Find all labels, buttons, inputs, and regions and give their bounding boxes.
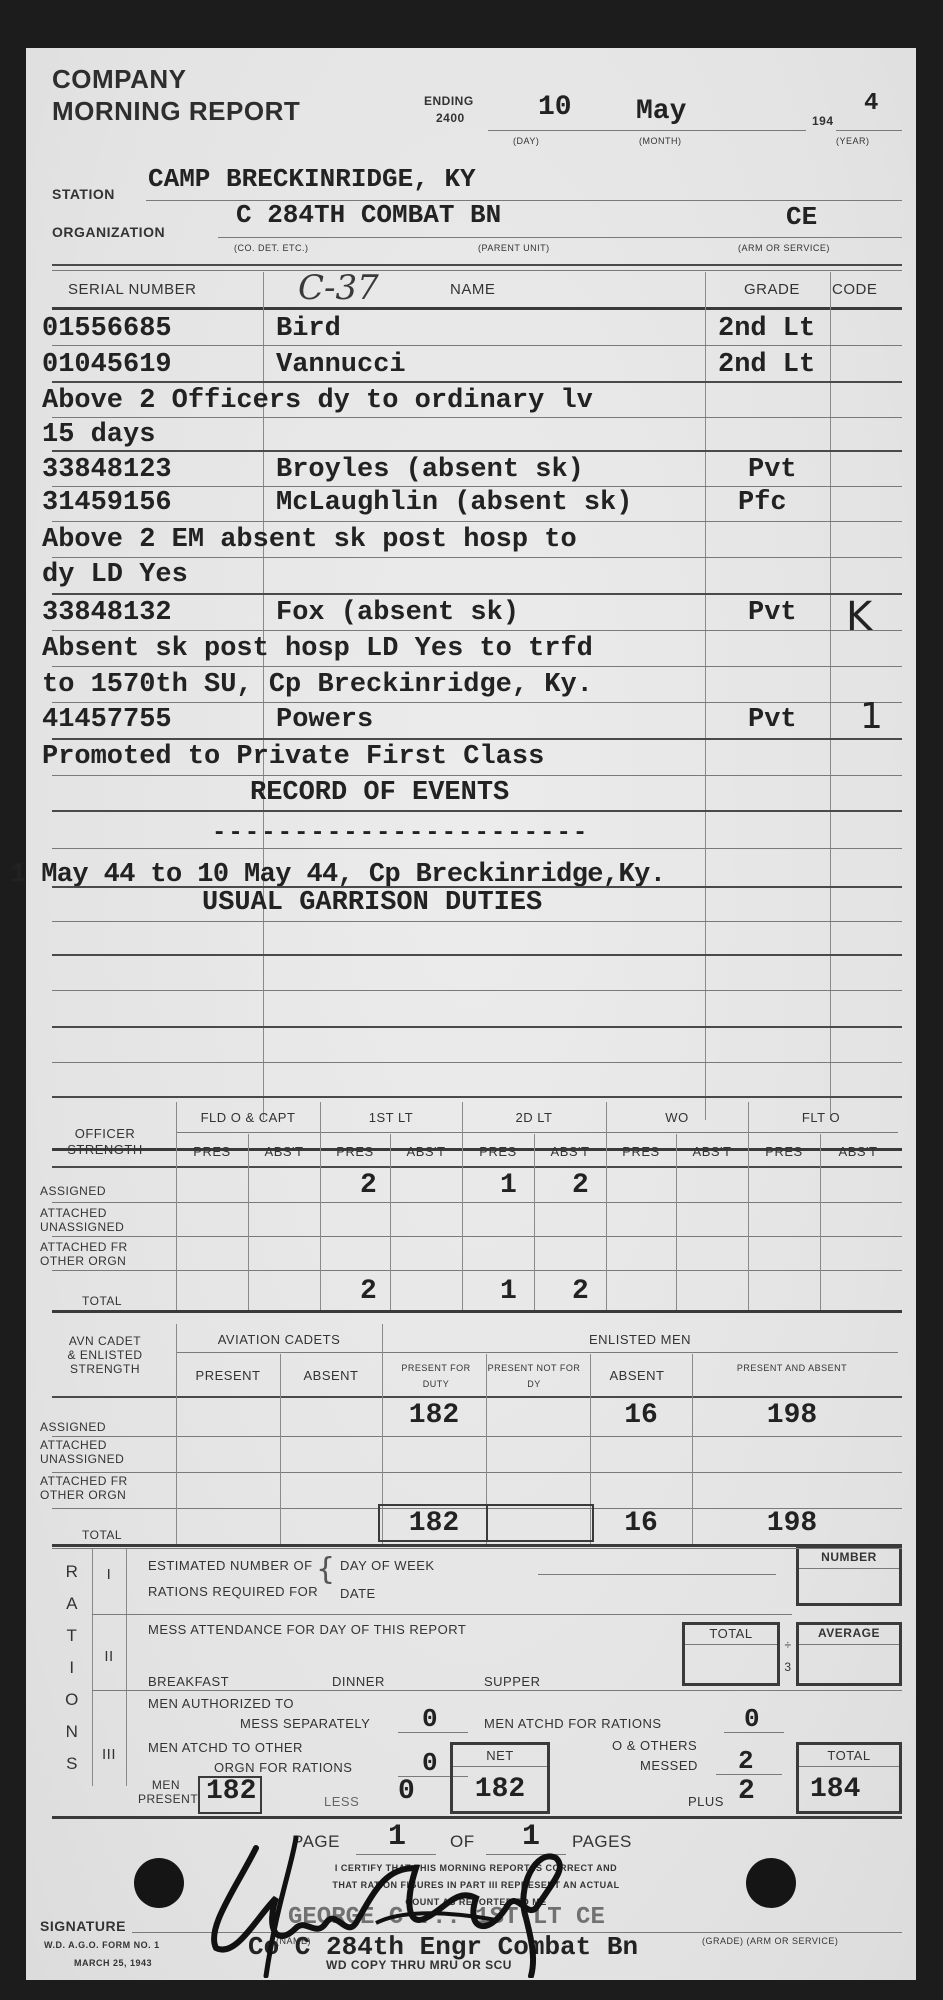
roster-serial: 01045619	[42, 350, 172, 380]
men-present-label: MEN PRESENT	[138, 1778, 194, 1806]
serial-number-header: SERIAL NUMBER	[68, 281, 196, 298]
officer-col-line	[534, 1134, 535, 1310]
roster-grade: Pvt	[748, 455, 797, 485]
rations-required-label: RATIONS REQUIRED FOR	[148, 1584, 318, 1599]
officer-total-2dlt-pres: 1	[500, 1276, 517, 1307]
rations-letter: I	[52, 1652, 92, 1684]
form-number: W.D. A.G.O. FORM NO. 1	[44, 1940, 160, 1950]
officer-col-line	[606, 1102, 607, 1310]
officer-col-line	[820, 1134, 821, 1310]
em-total-absent: 16	[590, 1508, 692, 1539]
year-underline	[836, 130, 902, 131]
officer-strength-title: OFFICER STRENGTH	[40, 1126, 170, 1158]
authorized-label-2: MESS SEPARATELY	[240, 1716, 370, 1731]
year-prefix: 194	[812, 114, 834, 128]
aviation-cadets-header: AVIATION CADETS	[176, 1332, 382, 1347]
roster-top-rule	[52, 264, 902, 266]
code-header: CODE	[832, 281, 877, 298]
grade-header: GRADE	[744, 281, 800, 298]
roster-top-rule-2	[52, 270, 902, 271]
men-present-value: 182	[206, 1776, 256, 1807]
officer-col-line	[320, 1102, 321, 1310]
officer-row-attached-unassigned: ATTACHED UNASSIGNED	[40, 1206, 160, 1234]
rations-bottom-rule	[52, 1816, 902, 1819]
rations-total-value: 184	[810, 1774, 860, 1805]
officer-col-line	[748, 1102, 749, 1310]
record-of-events-title: RECORD OF EVENTS	[250, 778, 509, 808]
roster-rule	[52, 345, 902, 346]
atchd-other-label-2: ORGN FOR RATIONS	[214, 1760, 352, 1775]
roster-rule	[52, 954, 902, 956]
officer-total-2dlt-abst: 2	[572, 1276, 589, 1307]
rations-letter: O	[52, 1684, 92, 1716]
roster-grade: 2nd Lt	[718, 314, 815, 344]
em-absent-header: ABSENT	[586, 1368, 688, 1383]
ending-time-label: 2400	[436, 111, 465, 125]
enlisted-strength-title: AVN CADET & ENLISTED STRENGTH	[40, 1334, 170, 1376]
officer-strength-title-1: OFFICER	[40, 1126, 170, 1142]
rations-letter: T	[52, 1620, 92, 1652]
report-month: May	[636, 96, 686, 127]
officer-total-1stlt-pres: 2	[360, 1276, 377, 1307]
less-label: LESS	[324, 1794, 359, 1809]
section-iii-numeral: III	[92, 1746, 126, 1763]
o-others-underline	[716, 1774, 782, 1775]
officer-row-rule	[52, 1270, 902, 1271]
grade-code-divider	[830, 272, 831, 1120]
roster-rule	[52, 848, 902, 849]
enlisted-men-header: ENLISTED MEN	[382, 1332, 898, 1347]
group-1st-lt: 1ST LT	[320, 1110, 462, 1125]
roster-code-handwritten: K	[846, 594, 872, 640]
roster-name: Broyles (absent sk)	[276, 455, 584, 485]
rations-side-label: R A T I O N S	[52, 1556, 92, 1780]
record-separator: -----------------------	[212, 820, 589, 847]
company-caption: (CO. DET. ETC.)	[234, 243, 309, 253]
subheader-abst: ABS'T	[534, 1144, 606, 1159]
atchd-other-value: 0	[422, 1748, 438, 1778]
roster-rule	[52, 990, 902, 991]
roster-remark: to 1570th SU, Cp Breckinridge, Ky.	[42, 670, 593, 700]
em-total-present-and-absent: 198	[692, 1508, 892, 1539]
men-present-label-2: PRESENT	[138, 1792, 194, 1806]
station-value: CAMP BRECKINRIDGE, KY	[148, 164, 476, 194]
roster-name: Powers	[276, 705, 373, 735]
men-present-label-1: MEN	[138, 1778, 194, 1792]
roster-name: Fox (absent sk)	[276, 598, 519, 628]
roster-code-handwritten: 1	[860, 696, 883, 737]
officer-col-line	[676, 1134, 677, 1310]
o-others-value: 2	[738, 1746, 754, 1776]
number-label: NUMBER	[796, 1550, 902, 1564]
number-box-divider	[799, 1568, 899, 1569]
officer-assigned-1stlt-pres: 2	[360, 1170, 377, 1201]
enlisted-title-3: STRENGTH	[40, 1362, 170, 1376]
net-value: 182	[450, 1774, 550, 1805]
mess-attendance-title: MESS ATTENDANCE FOR DAY OF THIS REPORT	[148, 1622, 466, 1637]
enlisted-group-rule	[176, 1352, 898, 1353]
ending-label: ENDING	[424, 94, 474, 108]
rations-section-rule	[92, 1614, 792, 1615]
o-others-label-2: MESSED	[640, 1758, 698, 1773]
subheader-pres: PRES	[320, 1144, 390, 1159]
day-caption: (DAY)	[513, 136, 539, 146]
average-label: AVERAGE	[796, 1626, 902, 1640]
average-box-divider	[799, 1644, 899, 1645]
net-box-divider	[453, 1766, 547, 1767]
handwritten-code-mark: C-37	[298, 268, 379, 308]
day-of-week-field[interactable]	[538, 1574, 776, 1575]
atchd-for-rations-underline	[724, 1732, 784, 1733]
breakfast-label: BREAKFAST	[148, 1674, 229, 1689]
officer-col-line	[390, 1134, 391, 1310]
grade-arm-caption: (GRADE) (ARM OR SERVICE)	[702, 1936, 838, 1946]
group-fld-o-capt: FLD O & CAPT	[176, 1110, 320, 1125]
subheader-pres: PRES	[176, 1144, 248, 1159]
enlisted-col-line	[176, 1324, 177, 1544]
em-assigned-absent: 16	[590, 1400, 692, 1431]
brace-icon: {	[316, 1552, 335, 1587]
organization-underline	[218, 237, 902, 238]
officer-col-line	[176, 1102, 177, 1310]
authorized-value: 0	[422, 1704, 438, 1734]
mess-total-divider	[685, 1644, 777, 1645]
em-present-not-for-duty-header: PRESENT NOT FOR DY	[486, 1360, 582, 1392]
roster-rule	[52, 775, 902, 776]
organization-label: ORGANIZATION	[52, 224, 165, 240]
authorized-underline	[398, 1732, 468, 1733]
section-ii-numeral: II	[92, 1648, 126, 1665]
rations-section-rule	[92, 1690, 902, 1691]
roster-name: Vannucci	[276, 350, 406, 380]
subheader-abst: ABS'T	[676, 1144, 748, 1159]
officer-row-rule	[52, 1202, 902, 1203]
roster-rule	[52, 1062, 902, 1063]
em-assigned-present-for-duty: 182	[382, 1400, 486, 1431]
officer-bottom-rule	[52, 1310, 902, 1313]
rations-letter: N	[52, 1716, 92, 1748]
roster-header-rule	[52, 307, 902, 310]
enlisted-title-2: & ENLISTED	[40, 1348, 170, 1362]
officer-col-line	[248, 1134, 249, 1310]
officer-row-total: TOTAL	[82, 1294, 122, 1308]
rations-total-label: TOTAL	[796, 1748, 902, 1763]
form-date: MARCH 25, 1943	[74, 1958, 152, 1968]
roster-rule	[52, 810, 902, 812]
divide-by-three-label: ÷ 3	[780, 1634, 796, 1678]
enlisted-row-total: TOTAL	[82, 1528, 122, 1542]
date-label: DATE	[340, 1586, 376, 1601]
roster-rule	[52, 921, 902, 922]
name-grade-divider	[705, 272, 706, 1120]
roster-serial: 41457755	[42, 705, 172, 735]
record-event-summary: USUAL GARRISON DUTIES	[202, 888, 542, 918]
rations-top-rule	[52, 1548, 902, 1549]
year-caption: (YEAR)	[836, 136, 870, 146]
arm-caption: (ARM OR SERVICE)	[738, 243, 830, 253]
officer-assigned-2dlt-pres: 1	[500, 1170, 517, 1201]
section-i-numeral: I	[92, 1566, 126, 1583]
dinner-label: DINNER	[332, 1674, 385, 1689]
roster-name: McLaughlin (absent sk)	[276, 488, 632, 518]
net-label: NET	[450, 1748, 550, 1763]
report-year-digit: 4	[864, 90, 878, 117]
roster-rule	[52, 593, 902, 595]
subheader-pres: PRES	[606, 1144, 676, 1159]
roster-serial: 33848132	[42, 598, 172, 628]
signature-label: SIGNATURE	[40, 1918, 126, 1934]
roster-rule	[52, 1026, 902, 1028]
officer-assigned-2dlt-abst: 2	[572, 1170, 589, 1201]
group-2d-lt: 2D LT	[462, 1110, 606, 1125]
subheader-pres: PRES	[748, 1144, 820, 1159]
enlisted-row-rule	[52, 1436, 902, 1437]
day-of-week-label: DAY OF WEEK	[340, 1558, 435, 1573]
enlisted-bottom-rule	[52, 1544, 902, 1547]
plus-value: 2	[738, 1776, 755, 1807]
estimated-number-label: ESTIMATED NUMBER OF	[148, 1558, 313, 1573]
roster-remark: Promoted to Private First Class	[42, 742, 544, 772]
roster-rule	[52, 381, 902, 383]
em-assigned-present-and-absent: 198	[692, 1400, 892, 1431]
roster-rule	[52, 1096, 902, 1098]
organization-value: C 284TH COMBAT BN	[236, 200, 501, 230]
subheader-abst: ABS'T	[390, 1144, 462, 1159]
rations-letter: A	[52, 1588, 92, 1620]
parent-unit-caption: (PARENT UNIT)	[478, 243, 550, 253]
em-present-for-duty-header: PRESENT FOR DUTY	[392, 1360, 480, 1392]
officer-row-rule	[52, 1236, 902, 1237]
atchd-for-rations-label: MEN ATCHD FOR RATIONS	[484, 1716, 662, 1731]
total-box-divider	[799, 1766, 899, 1767]
roster-remark: Above 2 EM absent sk post hosp to	[42, 525, 577, 555]
roster-rule	[52, 702, 902, 703]
cadets-present-header: PRESENT	[176, 1368, 280, 1383]
supper-label: SUPPER	[484, 1674, 540, 1689]
report-day: 10	[538, 92, 572, 123]
roster-serial: 01556685	[42, 314, 172, 344]
roster-rule	[52, 486, 902, 487]
roster-remark: Above 2 Officers dy to ordinary lv	[42, 386, 593, 416]
name-header: NAME	[450, 281, 495, 298]
em-present-and-absent-header: PRESENT AND ABSENT	[692, 1360, 892, 1376]
handwritten-signature-icon	[176, 1828, 656, 1978]
roster-rule	[52, 630, 902, 631]
rations-numeral-col	[126, 1548, 127, 1786]
plus-label: PLUS	[688, 1794, 724, 1809]
em-total-not-for-duty-box	[486, 1504, 594, 1542]
enlisted-row-attached-unassigned: ATTACHED UNASSIGNED	[40, 1438, 160, 1466]
roster-grade: 2nd Lt	[718, 350, 815, 380]
roster-rule	[52, 450, 902, 452]
arm-of-service-value: CE	[786, 202, 817, 232]
subheader-abst: ABS'T	[820, 1144, 896, 1159]
roster-serial: 33848123	[42, 455, 172, 485]
date-underline	[488, 130, 806, 131]
enlisted-row-assigned: ASSIGNED	[40, 1420, 106, 1434]
officer-row-assigned: ASSIGNED	[40, 1184, 106, 1198]
roster-rule	[52, 738, 902, 740]
roster-grade: Pfc	[738, 488, 787, 518]
roster-remark: 15 days	[42, 420, 155, 450]
roster-rule	[52, 666, 902, 667]
rations-letter: R	[52, 1556, 92, 1588]
o-others-label-1: O & OTHERS	[612, 1738, 697, 1753]
enlisted-col-line	[280, 1354, 281, 1544]
officer-strength-title-2: STRENGTH	[40, 1142, 170, 1158]
less-value: 0	[398, 1776, 415, 1807]
roster-grade: Pvt	[748, 598, 797, 628]
roster-name: Bird	[276, 314, 341, 344]
station-label: STATION	[52, 186, 115, 202]
enlisted-row-rule	[52, 1472, 902, 1473]
roster-rule	[52, 521, 902, 522]
officer-row-attached-fr-other: ATTACHED FR OTHER ORGN	[40, 1240, 160, 1268]
punch-hole-right	[746, 1858, 796, 1908]
roster-serial: 31459156	[42, 488, 172, 518]
month-caption: (MONTH)	[639, 136, 682, 146]
officer-col-line	[462, 1102, 463, 1310]
subheader-pres: PRES	[462, 1144, 534, 1159]
authorized-label-1: MEN AUTHORIZED TO	[148, 1696, 294, 1711]
atchd-other-label-1: MEN ATCHD TO OTHER	[148, 1740, 303, 1755]
cadets-absent-header: ABSENT	[280, 1368, 382, 1383]
enlisted-header-rule	[52, 1396, 902, 1398]
subheader-abst: ABS'T	[248, 1144, 320, 1159]
roster-rule	[52, 557, 902, 558]
roster-remark: Absent sk post hosp LD Yes to trfd	[42, 634, 593, 664]
mess-total-label: TOTAL	[682, 1626, 780, 1641]
roster-remark: dy LD Yes	[42, 560, 188, 590]
enlisted-title-1: AVN CADET	[40, 1334, 170, 1348]
morning-report-form: COMPANY MORNING REPORT ENDING 2400 10 Ma…	[26, 48, 916, 1980]
atchd-for-rations-value: 0	[744, 1704, 760, 1734]
group-flt-o: FLT O	[748, 1110, 894, 1125]
roster-rule	[52, 417, 902, 418]
officer-group-rule	[176, 1132, 898, 1133]
em-total-present-for-duty: 182	[382, 1508, 486, 1539]
officer-header-rule	[52, 1166, 902, 1168]
roster-grade: Pvt	[748, 705, 797, 735]
form-title-line2: MORNING REPORT	[52, 96, 300, 126]
rations-letter: S	[52, 1748, 92, 1780]
enlisted-row-attached-fr-other: ATTACHED FR OTHER ORGN	[40, 1474, 160, 1502]
form-title-line1: COMPANY	[52, 64, 186, 94]
group-wo: WO	[606, 1110, 748, 1125]
